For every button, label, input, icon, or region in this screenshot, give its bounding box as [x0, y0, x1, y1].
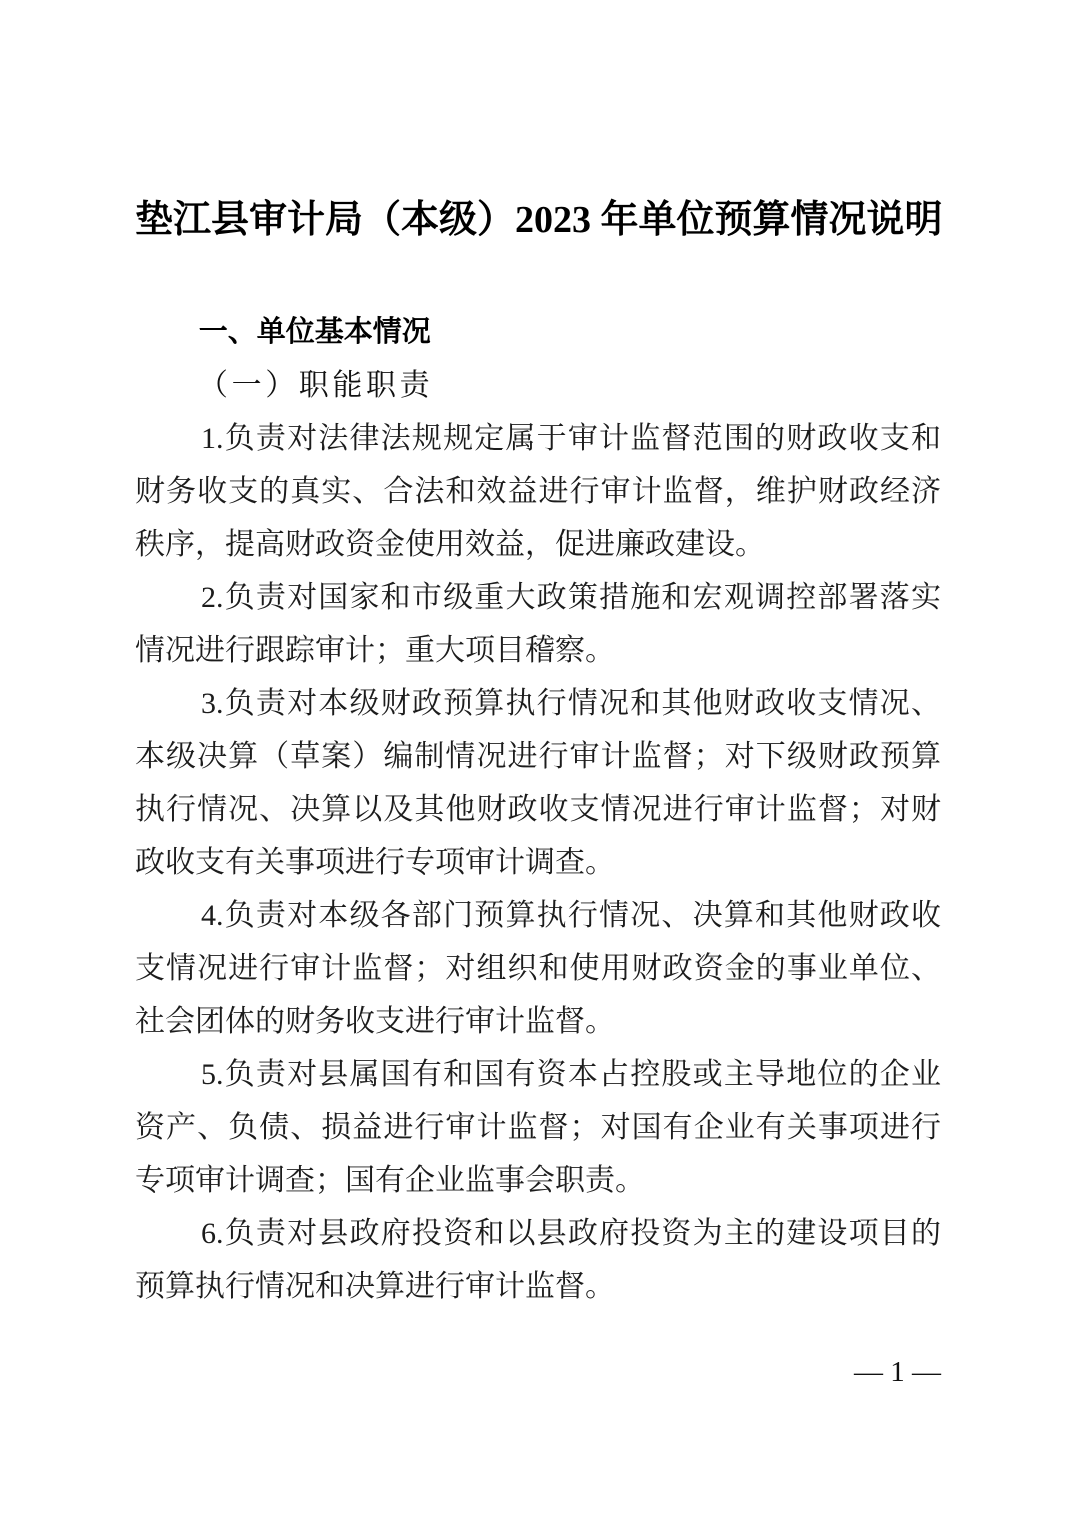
section-heading-basic-info: 一、单位基本情况: [135, 306, 941, 359]
document-title: 垫江县审计局（本级）2023 年单位预算情况说明: [135, 194, 941, 247]
document-page: 垫江县审计局（本级）2023 年单位预算情况说明 一、单位基本情况 （一）职能职…: [0, 0, 1074, 1520]
page-number: — 1 —: [135, 1346, 941, 1399]
body-paragraph-duty-2: 2.负责对国家和市级重大政策措施和宏观调控部署落实情况进行跟踪审计；重大项目稽察…: [135, 571, 941, 677]
body-paragraph-duty-1: 1.负责对法律法规规定属于审计监督范围的财政收支和财务收支的真实、合法和效益进行…: [135, 412, 941, 571]
body-paragraph-duty-4: 4.负责对本级各部门预算执行情况、决算和其他财政收支情况进行审计监督；对组织和使…: [135, 889, 941, 1048]
body-paragraph-duty-5: 5.负责对县属国有和国有资本占控股或主导地位的企业资产、负债、损益进行审计监督；…: [135, 1048, 941, 1207]
document-content: 垫江县审计局（本级）2023 年单位预算情况说明 一、单位基本情况 （一）职能职…: [135, 0, 941, 1399]
body-paragraph-duty-3: 3.负责对本级财政预算执行情况和其他财政收支情况、本级决算（草案）编制情况进行审…: [135, 677, 941, 889]
body-paragraph-duty-6: 6.负责对县政府投资和以县政府投资为主的建设项目的预算执行情况和决算进行审计监督…: [135, 1207, 941, 1313]
subsection-heading-duties: （一）职能职责: [135, 359, 941, 412]
